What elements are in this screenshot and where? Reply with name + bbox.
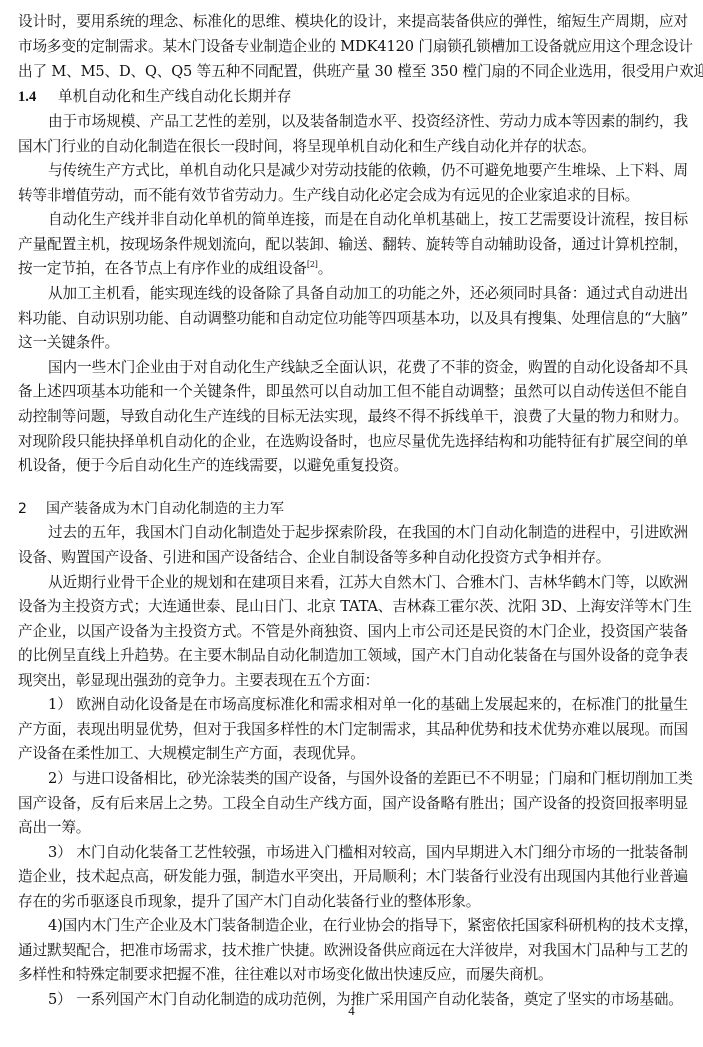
list-item-3-line: 造企业，技术起点高，研发能力强，制造水平突出，开局顺利；木门装备行业没有出现国内… [18,867,688,887]
paragraph-line: 产量配置主机，按现场条件规划流向，配以装卸、输送、翻转、旋转等自动辅助设备，通过… [18,235,688,255]
list-item-4-line: 4)国内木门生产企业及木门装备制造企业，在行业协会的指导下，紧密依托国家科研机构… [48,916,688,936]
paragraph-line: 市场多变的定制需求。某木门设备专业制造企业的 MDK4120 门扇锁孔锁槽加工设… [18,37,688,57]
paragraph-line: 设计时，要用系统的理念、标准化的思维、模块化的设计，来提高装备供应的弹性，缩短生… [18,12,688,32]
section-heading-2: 2国产装备成为木门自动化制造的主力军 [18,499,284,519]
paragraph-line: 料功能、自动识别功能、自动调整功能和自动定位功能等四项基本功，以及具有搜集、处理… [18,309,688,329]
section-title: 单机自动化和生产线自动化长期并存 [58,88,292,105]
paragraph-line: 出了 M、M5、D、Q、Q5 等五种不同配置，供班产量 30 樘至 350 樘门… [18,62,688,82]
paragraph-line: 与传统生产方式比，单机自动化只是减少对劳动技能的依赖，仍不可避免地要产生堆垛、上… [48,161,688,181]
paragraph-line: 转等非增值劳动，而不能有效节省劳动力。生产线自动化必定会成为有远见的企业家追求的… [18,186,688,206]
section-number: 1.4 [18,87,58,107]
section-heading-1-4: 1.4单机自动化和生产线自动化长期并存 [18,87,292,107]
paragraph-tail: 。 [318,260,332,277]
list-item-1-line: 产设备在柔性加工、大规模定制生产方面，表现优异。 [18,744,688,764]
list-item-2-line: 国产设备，反有后来居上之势。工段全自动生产线方面，国产设备略有胜出；国产设备的投… [18,794,688,814]
list-item-4-line: 通过默契配合，把准市场需求，技术推广快捷。欧洲设备供应商远在大洋彼岸，对我国木门… [18,941,688,961]
paragraph-line: 由于市场规模、产品工艺性的差别，以及装备制造水平、投资经济性、劳动力成本等因素的… [48,112,688,132]
list-item-3-line: 3） 木门自动化装备工艺性较强，市场进入门槛相对较高，国内早期进入木门细分市场的… [48,843,688,863]
list-item-4-line: 多样性和特殊定制要求把握不准，往往难以对市场变化做出快速反应，而屡失商机。 [18,965,688,985]
paragraph-line: 产企业，以国产设备为主投资方式。不管是外商独资、国内上市公司还是民资的木门企业，… [18,622,688,642]
list-item-3-line: 存在的劣币驱逐良币现象，提升了国产木门自动化装备行业的整体形象。 [18,892,688,912]
paragraph-line: 备上述四项基本功能和一个关键条件，即虽然可以自动加工但不能自动调整；虽然可以自动… [18,382,688,402]
paragraph-line: 动控制等问题，导致自动化生产连线的目标无法实现，最终不得不拆线单干，浪费了大量的… [18,407,688,427]
paragraph-line: 这一关键条件。 [18,333,688,353]
paragraph-line: 从加工主机看，能实现连线的设备除了具备自动加工的功能之外，还必须同时具备：通过式… [48,284,688,304]
paragraph-line: 国木门行业的自动化制造在很长一段时间，将呈现单机自动化和生产线自动化并存的状态。 [18,137,688,157]
paragraph-line-with-citation: 按一定节拍，在各节点上有序作业的成组设备[2]。 [18,259,688,279]
paragraph-line: 现突出，彰显现出强劲的竞争力。主要表现在五个方面： [18,671,688,691]
paragraph-line: 机设备，便于今后自动化生产的连线需要，以避免重复投资。 [18,456,688,476]
section-title: 国产装备成为木门自动化制造的主力军 [46,501,284,517]
paragraph-line: 对现阶段只能抉择单机自动化的企业，在选购设备时，也应尽量优先选择结构和功能特征有… [18,432,688,452]
list-item-1-line: 1） 欧洲自动化设备是在市场高度标准化和需求相对单一化的基础上发展起来的，在标准… [48,695,688,715]
paragraph-line: 设备为主投资方式；大连通世泰、昆山日门、北京 TATA、吉林森工霍尔茨、沈阳 3… [18,597,688,617]
paragraph-line: 自动化生产线并非自动化单机的简单连接，而是在自动化单机基础上，按工艺需要设计流程… [48,210,688,230]
paragraph-text: 按一定节拍，在各节点上有序作业的成组设备 [18,260,307,277]
list-item-2-line: 2）与进口设备相比，砂光涂装类的国产设备，与国外设备的差距已不不明显；门扇和门框… [48,769,688,789]
citation-ref: [2] [307,260,318,269]
page-number: 4 [0,1003,703,1019]
paragraph-line: 国内一些木门企业由于对自动化生产线缺乏全面认识，花费了不菲的资金，购置的自动化设… [48,358,688,378]
list-item-2-line: 高出一筹。 [18,818,688,838]
document-page: 设计时，要用系统的理念、标准化的思维、模块化的设计，来提高装备供应的弹性，缩短生… [0,0,703,1047]
paragraph-line: 过去的五年，我国木门自动化制造处于起步探索阶段，在我国的木门自动化制造的进程中，… [48,523,688,543]
paragraph-line: 的比例呈直线上升趋势。在主要木制品自动化制造加工领域，国产木门自动化装备在与国外… [18,646,688,666]
paragraph-line: 设备、购置国产设备、引进和国产设备结合、企业自制设备等多种自动化投资方式争相并存… [18,548,688,568]
list-item-1-line: 产方面，表现出明显优势，但对于我国多样性的木门定制需求，其品种优势和技术优势亦难… [18,720,688,740]
paragraph-line: 从近期行业骨干企业的规划和在建项目来看，江苏大自然木门、合雅木门、吉林华鹤木门等… [48,573,688,593]
section-number: 2 [18,499,46,519]
